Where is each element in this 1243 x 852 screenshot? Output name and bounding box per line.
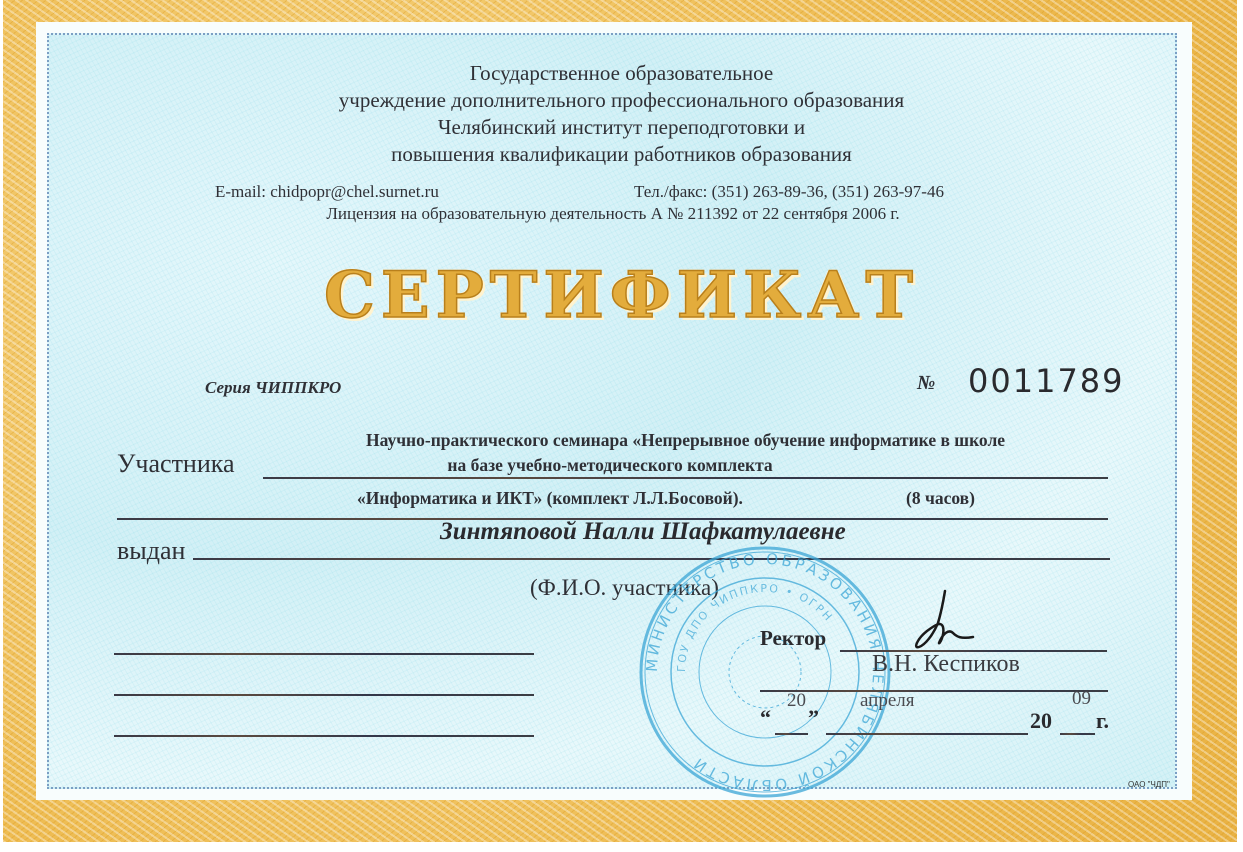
course-line-3: «Информатика и ИКТ» (комплект Л.Л.Босово…: [357, 488, 743, 509]
license-text: Лицензия на образовательную деятельность…: [0, 204, 1226, 224]
printer-mark: ОАО "ЧДП": [1128, 780, 1170, 789]
course-hours: (8 часов): [906, 488, 975, 509]
date-day-line: [775, 733, 808, 735]
date-year-prefix: 20: [1030, 708, 1052, 734]
date-day: 20: [787, 690, 806, 712]
date-close-quote: ”: [808, 705, 819, 731]
blank-line-3: [114, 735, 534, 737]
email-text: E-mail: chidpopr@chel.surnet.ru: [215, 182, 439, 202]
blank-line-1: [114, 653, 534, 655]
issued-underline: [193, 558, 1110, 560]
series-label: Серия ЧИППКРО: [205, 378, 341, 398]
fio-caption: (Ф.И.О. участника): [530, 575, 719, 601]
institution-line-2: учреждение дополнительного профессиональ…: [0, 88, 1243, 112]
phone-text: Тел./факс: (351) 263-89-36, (351) 263-97…: [634, 182, 944, 202]
date-year-suffix: 09: [1072, 688, 1091, 710]
rector-name: В.Н. Кеспиков: [872, 651, 1020, 678]
issued-label: выдан: [117, 536, 185, 566]
rector-name-underline: [760, 690, 1108, 692]
institution-line-1: Государственное образовательное: [0, 61, 1243, 85]
participant-underline-1: [263, 477, 1108, 479]
institution-line-3: Челябинский институт переподготовки и: [0, 115, 1243, 139]
participant-label: Участника: [117, 449, 235, 479]
rector-signature: [905, 585, 1005, 655]
certificate-title: СЕРТИФИКАТ: [0, 258, 1243, 333]
institution-line-4: повышения квалификации работников образо…: [0, 142, 1243, 166]
recipient-name: Зинтяповой Налли Шафкатулаевне: [440, 518, 846, 546]
date-open-quote: “: [760, 705, 771, 731]
certificate-number: 0011789: [968, 362, 1125, 400]
course-line-2: на базе учебно-методического комплекта: [263, 455, 957, 476]
blank-line-2: [114, 694, 534, 696]
date-month-line: [826, 733, 1028, 735]
date-month: апреля: [860, 690, 915, 712]
number-sign: №: [917, 372, 935, 395]
course-line-1: Научно-практического семинара «Непрерывн…: [263, 430, 1108, 451]
rector-label: Ректор: [760, 626, 826, 651]
date-year-unit: г.: [1096, 708, 1109, 734]
date-year-line: [1060, 733, 1095, 735]
